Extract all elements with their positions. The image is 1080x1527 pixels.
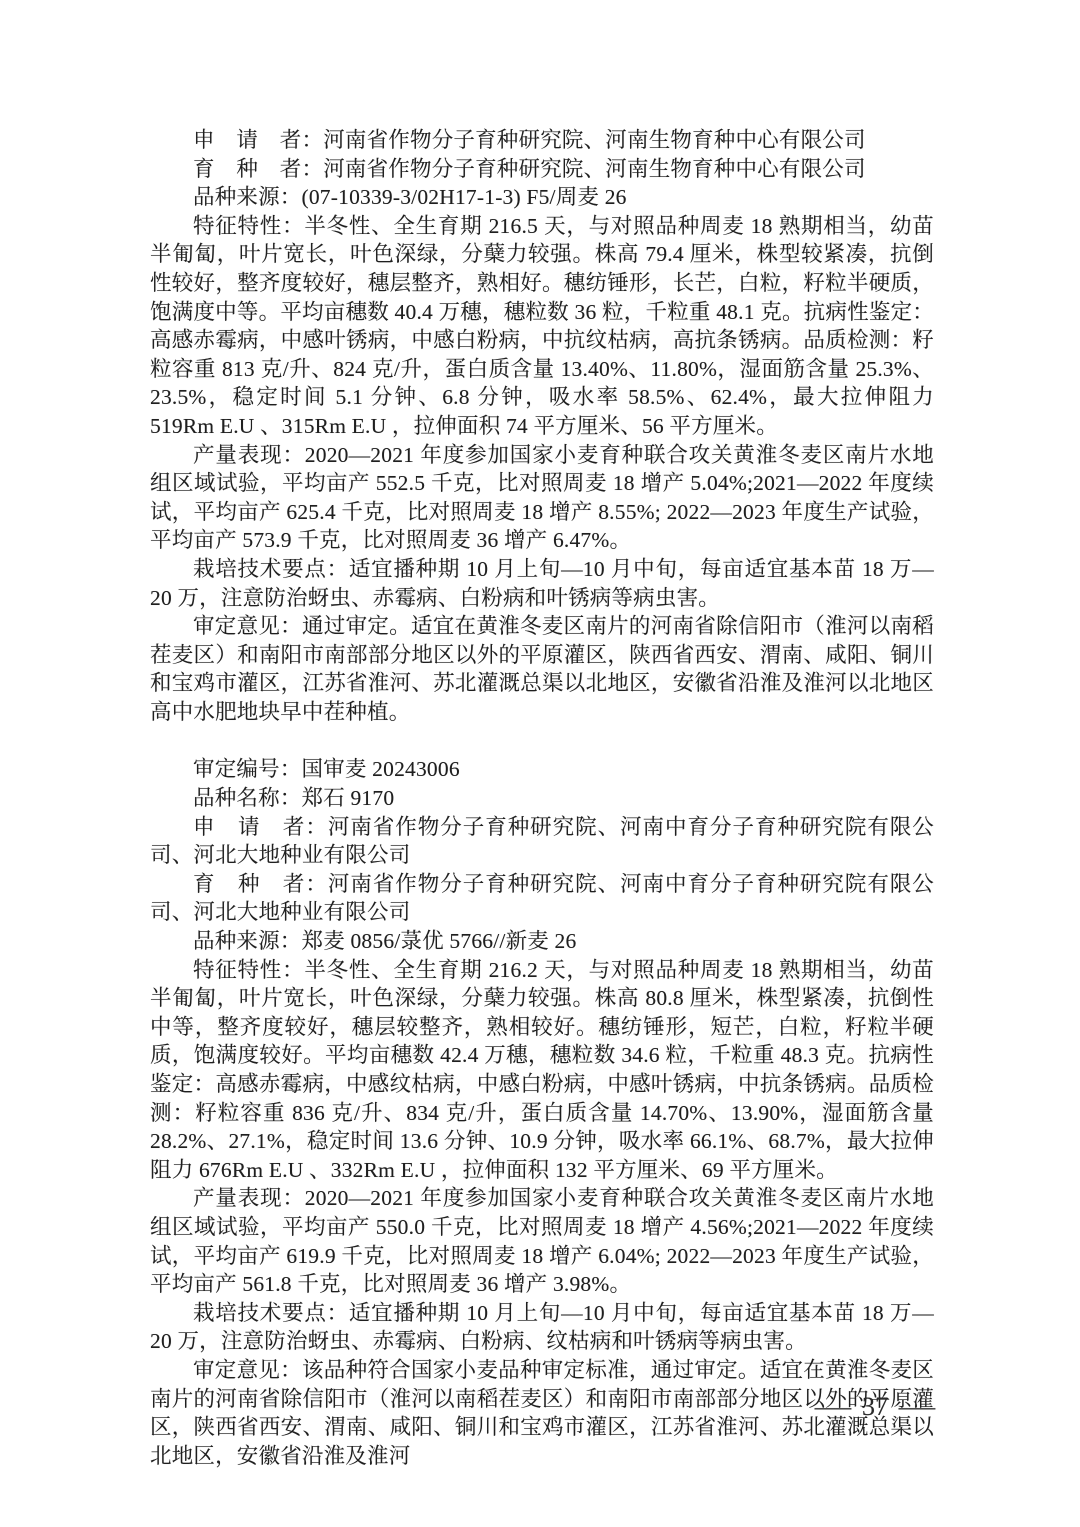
breeder-line: 育 种 者：河南省作物分子育种研究院、河南生物育种中心有限公司	[150, 155, 934, 184]
applicant-line: 申 请 者：河南省作物分子育种研究院、河南中育分子育种研究院有限公司、河北大地种…	[150, 813, 934, 870]
yield-paragraph: 产量表现：2020—2021 年度参加国家小麦育种联合攻关黄淮冬麦区南片水地组区…	[150, 441, 934, 555]
page-footer: — 37 —	[820, 1392, 930, 1422]
variety-entry-zhengshi-9170: 审定编号：国审麦 20243006 品种名称：郑石 9170 申 请 者：河南省…	[150, 755, 934, 1470]
yield-paragraph: 产量表现：2020—2021 年度参加国家小麦育种联合攻关黄淮冬麦区南片水地组区…	[150, 1184, 934, 1298]
page-number: 37	[862, 1392, 888, 1422]
approval-number-line: 审定编号：国审麦 20243006	[150, 755, 934, 784]
variety-entry-continued: 申 请 者：河南省作物分子育种研究院、河南生物育种中心有限公司 育 种 者：河南…	[150, 126, 934, 726]
variety-source-line: 品种来源：(07-10339-3/02H17-1-3) F5/周麦 26	[150, 183, 934, 212]
footer-dash: —	[815, 1392, 851, 1422]
applicant-line: 申 请 者：河南省作物分子育种研究院、河南生物育种中心有限公司	[150, 126, 934, 155]
breeder-line: 育 种 者：河南省作物分子育种研究院、河南中育分子育种研究院有限公司、河北大地种…	[150, 870, 934, 927]
characteristics-paragraph: 特征特性：半冬性、全生育期 216.5 天，与对照品种周麦 18 熟期相当，幼苗…	[150, 212, 934, 441]
characteristics-paragraph: 特征特性：半冬性、全生育期 216.2 天，与对照品种周麦 18 熟期相当，幼苗…	[150, 956, 934, 1185]
document-page: 申 请 者：河南省作物分子育种研究院、河南生物育种中心有限公司 育 种 者：河南…	[0, 0, 1080, 1527]
approval-opinion-paragraph: 审定意见：通过审定。适宜在黄淮冬麦区南片的河南省除信阳市（淮河以南稻茬麦区）和南…	[150, 612, 934, 726]
document-body: 申 请 者：河南省作物分子育种研究院、河南生物育种中心有限公司 育 种 者：河南…	[150, 126, 934, 1470]
variety-name-line: 品种名称：郑石 9170	[150, 784, 934, 813]
variety-source-line: 品种来源：郑麦 0856/菉优 5766//新麦 26	[150, 927, 934, 956]
cultivation-points-paragraph: 栽培技术要点：适宜播种期 10 月上旬—10 月中旬，每亩适宜基本苗 18 万—…	[150, 1299, 934, 1356]
cultivation-points-paragraph: 栽培技术要点：适宜播种期 10 月上旬—10 月中旬，每亩适宜基本苗 18 万—…	[150, 555, 934, 612]
footer-dash: —	[899, 1392, 935, 1422]
